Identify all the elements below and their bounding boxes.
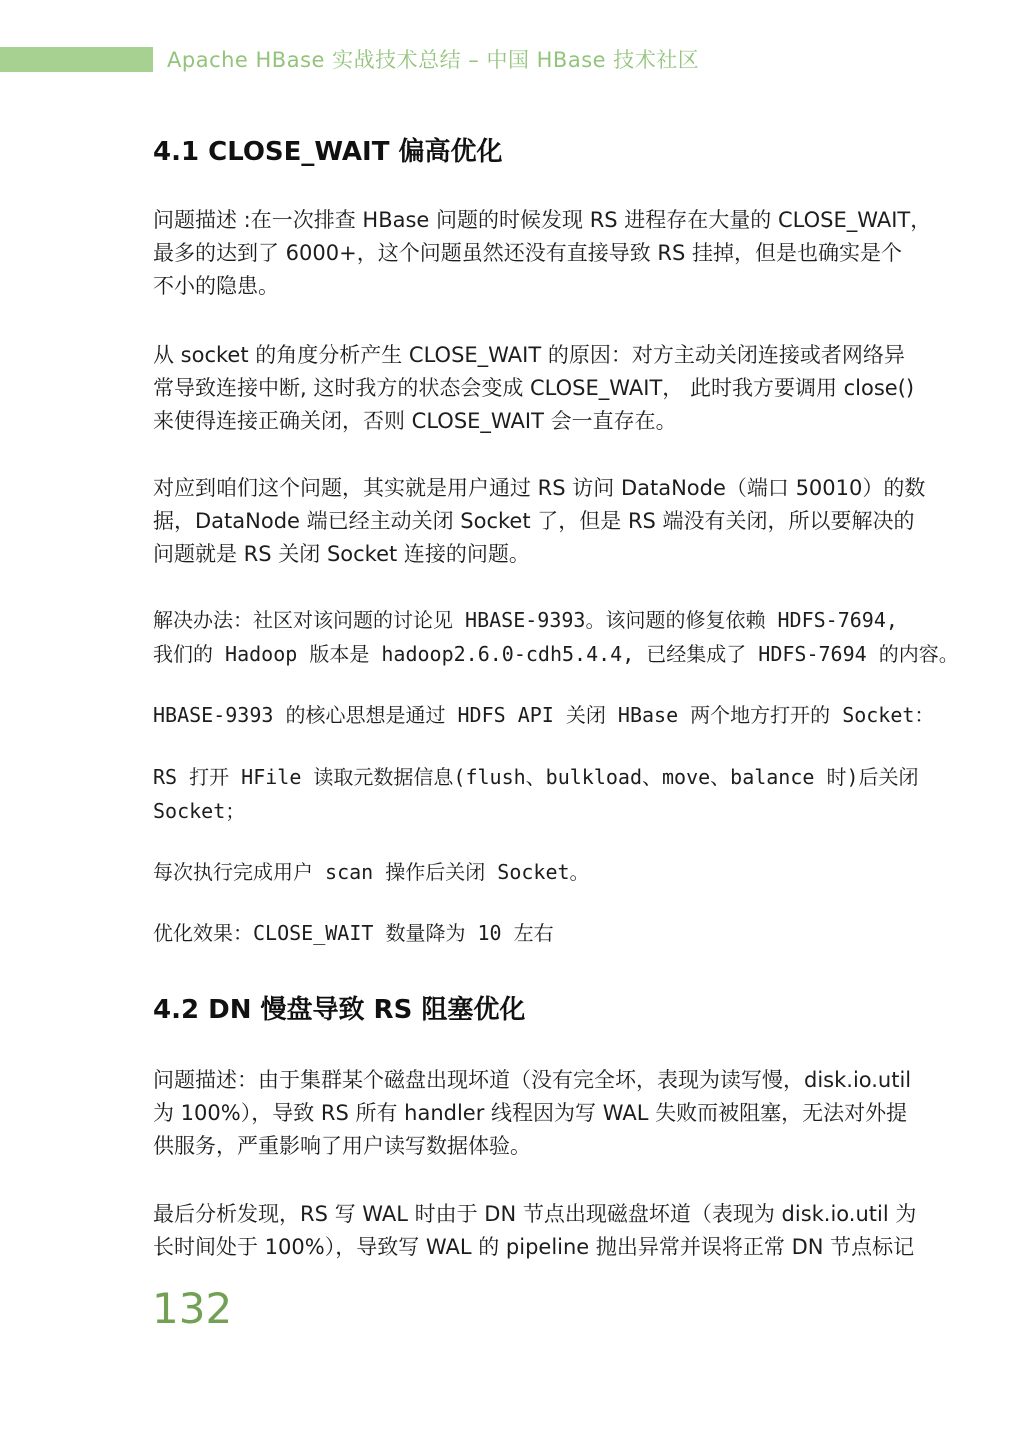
text-line: 优化效果：CLOSE_WAIT 数量降为 10 左右 bbox=[153, 916, 893, 950]
running-header-title: Apache HBase 实战技术总结 – 中国 HBase 技术社区 bbox=[167, 49, 699, 72]
paragraph-scan-close-socket: 每次执行完成用户 scan 操作后关闭 Socket。 bbox=[153, 855, 893, 889]
text-line: 常导致连接中断, 这时我方的状态会变成 CLOSE_WAIT， 此时我方要调用 … bbox=[153, 372, 893, 405]
text-line: 问题描述 :在一次排查 HBase 问题的时候发现 RS 进程存在大量的 CLO… bbox=[153, 204, 893, 237]
text-line: HBASE-9393 的核心思想是通过 HDFS API 关闭 HBase 两个… bbox=[153, 698, 893, 732]
section-heading-4-1: 4.1 CLOSE_WAIT 偏高优化 bbox=[153, 131, 503, 168]
section-heading-4-2: 4.2 DN 慢盘导致 RS 阻塞优化 bbox=[153, 989, 525, 1026]
header-accent-bar bbox=[0, 47, 153, 72]
text-line: 最多的达到了 6000+，这个问题虽然还没有直接导致 RS 挂掉，但是也确实是个 bbox=[153, 237, 893, 270]
text-line: Socket； bbox=[153, 794, 893, 828]
text-line: 供服务，严重影响了用户读写数据体验。 bbox=[153, 1130, 893, 1163]
text-line: 问题就是 RS 关闭 Socket 连接的问题。 bbox=[153, 538, 893, 571]
paragraph-optimization-result: 优化效果：CLOSE_WAIT 数量降为 10 左右 bbox=[153, 916, 893, 950]
text-line: RS 打开 HFile 读取元数据信息(flush、bulkload、move、… bbox=[153, 760, 893, 794]
text-line: 每次执行完成用户 scan 操作后关闭 Socket。 bbox=[153, 855, 893, 889]
paragraph-problem-description-4-1: 问题描述 :在一次排查 HBase 问题的时候发现 RS 进程存在大量的 CLO… bbox=[153, 204, 893, 303]
text-line: 长时间处于 100%），导致写 WAL 的 pipeline 抛出异常并误将正常… bbox=[153, 1231, 893, 1264]
text-line: 对应到咱们这个问题，其实就是用户通过 RS 访问 DataNode（端口 500… bbox=[153, 472, 893, 505]
paragraph-hbase-9393-core-idea: HBASE-9393 的核心思想是通过 HDFS API 关闭 HBase 两个… bbox=[153, 698, 893, 732]
text-line: 问题描述：由于集群某个磁盘出现坏道（没有完全坏，表现为读写慢，disk.io.u… bbox=[153, 1064, 893, 1097]
text-line: 来使得连接正确关闭，否则 CLOSE_WAIT 会一直存在。 bbox=[153, 405, 893, 438]
text-line: 据，DataNode 端已经主动关闭 Socket 了，但是 RS 端没有关闭，… bbox=[153, 505, 893, 538]
page-number: 132 bbox=[152, 1284, 232, 1333]
paragraph-rs-hfile-close-socket: RS 打开 HFile 读取元数据信息(flush、bulkload、move、… bbox=[153, 760, 893, 828]
text-line: 我们的 Hadoop 版本是 hadoop2.6.0-cdh5.4.4, 已经集… bbox=[153, 637, 893, 671]
paragraph-problem-description-4-2: 问题描述：由于集群某个磁盘出现坏道（没有完全坏，表现为读写慢，disk.io.u… bbox=[153, 1064, 893, 1163]
text-line: 为 100%），导致 RS 所有 handler 线程因为写 WAL 失败而被阻… bbox=[153, 1097, 893, 1130]
paragraph-wal-pipeline-analysis: 最后分析发现，RS 写 WAL 时由于 DN 节点出现磁盘坏道（表现为 disk… bbox=[153, 1198, 893, 1264]
text-line: 解决办法：社区对该问题的讨论见 HBASE-9393。该问题的修复依赖 HDFS… bbox=[153, 603, 893, 637]
text-line: 最后分析发现，RS 写 WAL 时由于 DN 节点出现磁盘坏道（表现为 disk… bbox=[153, 1198, 893, 1231]
text-line: 不小的隐患。 bbox=[153, 270, 893, 303]
paragraph-datanode-explanation: 对应到咱们这个问题，其实就是用户通过 RS 访问 DataNode（端口 500… bbox=[153, 472, 893, 571]
paragraph-socket-analysis: 从 socket 的角度分析产生 CLOSE_WAIT 的原因：对方主动关闭连接… bbox=[153, 339, 893, 438]
text-line: 从 socket 的角度分析产生 CLOSE_WAIT 的原因：对方主动关闭连接… bbox=[153, 339, 893, 372]
paragraph-solution: 解决办法：社区对该问题的讨论见 HBASE-9393。该问题的修复依赖 HDFS… bbox=[153, 603, 893, 671]
document-page: Apache HBase 实战技术总结 – 中国 HBase 技术社区 4.1 … bbox=[0, 0, 1019, 1440]
